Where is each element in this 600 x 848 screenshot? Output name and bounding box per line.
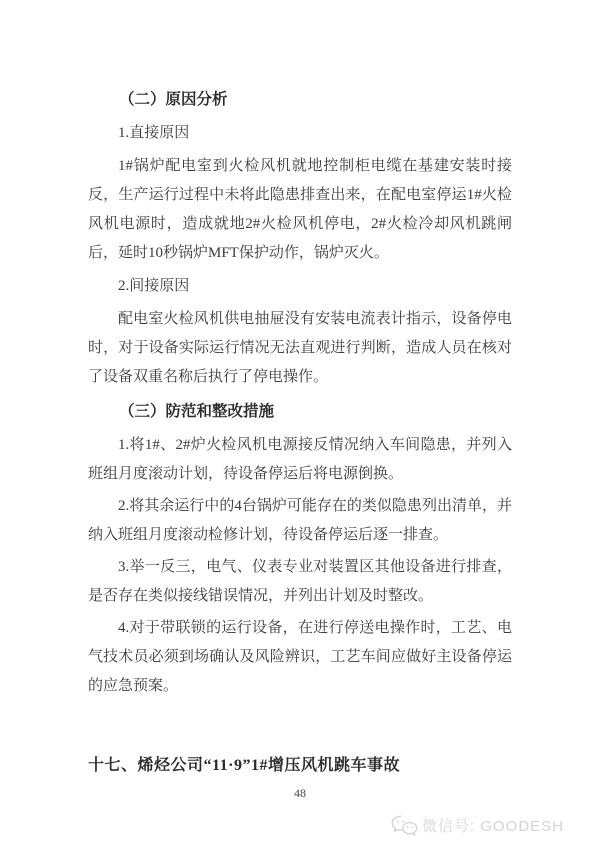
measure-item-4: 4.对于带联锁的运行设备，在进行停送电操作时，工艺、电气技术员必须到场确认及风险… — [88, 614, 512, 701]
watermark-label: 微信号: GOODESH — [422, 815, 564, 836]
section-heading-measures: （三）防范和整改措施 — [88, 397, 512, 426]
measure-item-3: 3.举一反三，电气、仪表专业对装置区其他设备进行排查，是否存在类似接线错误情况，… — [88, 553, 512, 611]
measure-item-1: 1.将1#、2#炉火检风机电源接反情况纳入车间隐患，并列入班组月度滚动计划，待设… — [88, 431, 512, 489]
next-chapter-heading: 十七、烯烃公司“11·9”1#增压风机跳车事故 — [88, 751, 512, 780]
document-body: （二）原因分析 1.直接原因 1#锅炉配电室到火检风机就地控制柜电缆在基建安装时… — [88, 80, 512, 780]
indirect-cause-paragraph: 配电室火检风机供电抽屉没有安装电流表计指示，设备停电时，对于设备实际运行情况无法… — [88, 305, 512, 392]
wechat-icon — [391, 815, 418, 836]
watermark: 微信号: GOODESH — [391, 815, 564, 836]
direct-cause-paragraph: 1#锅炉配电室到火检风机就地控制柜电缆在基建安装时接反，生产运行过程中未将此隐患… — [88, 152, 512, 268]
page-number: 48 — [0, 786, 600, 801]
section-heading-cause-analysis: （二）原因分析 — [88, 85, 512, 114]
direct-cause-label: 1.直接原因 — [88, 119, 512, 148]
document-page: （二）原因分析 1.直接原因 1#锅炉配电室到火检风机就地控制柜电缆在基建安装时… — [0, 0, 600, 848]
measure-item-2: 2.将其余运行中的4台锅炉可能存在的类似隐患列出清单，并纳入班组月度滚动检修计划… — [88, 492, 512, 550]
indirect-cause-label: 2.间接原因 — [88, 272, 512, 301]
